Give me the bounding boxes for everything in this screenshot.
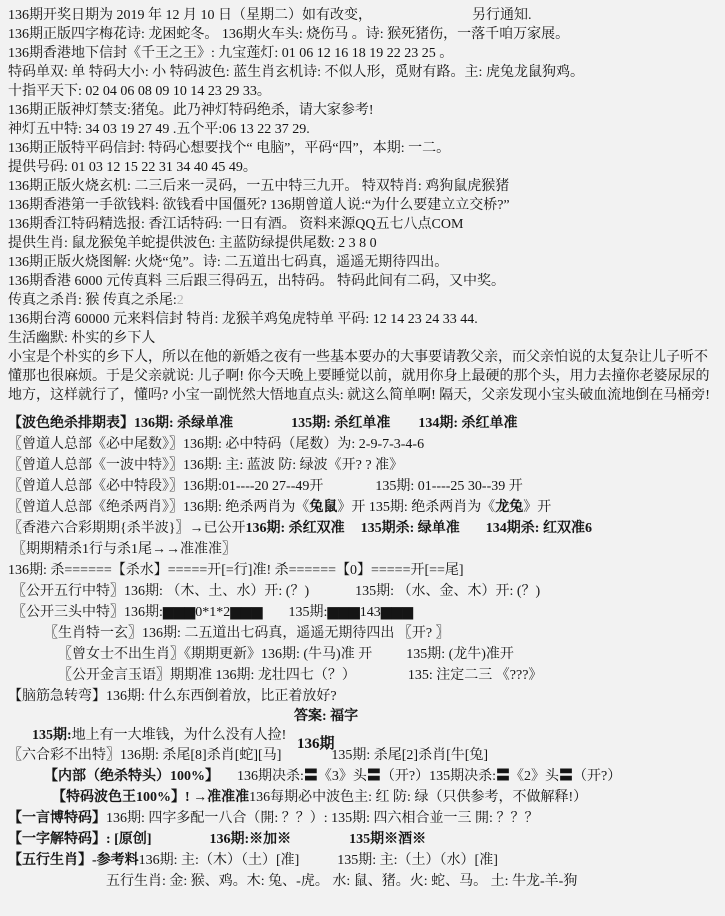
text-segment: 〖曾道人总部《一波中特》〗136期: 主: 蓝波 防: 绿波《开? ? 准》 (8, 455, 403, 476)
text-segment: 〖曾女士不出生肖〗《期期更新》136期: (牛马)准 开 (58, 644, 372, 665)
text-line-1: 136期开奖日期为 2019 年 12 月 10 日（星期二）如有改变，另行通知… (8, 6, 721, 25)
text-segment: 神灯五中特: 34 03 19 27 49 .五个平:06 13 22 37 2… (8, 120, 310, 139)
text-line-31: 〖曾女士不出生肖〗《期期更新》136期: (牛马)准 开135期: (龙牛)准开 (58, 644, 721, 665)
text-line-40: 【一字解特码】: [原创]136期:※加※135期※酒※ (8, 829, 721, 850)
text-segment: 〖曾道人总部《必中特段》〗136期:01----20 27--49开 (8, 476, 323, 497)
text-segment: 另行通知. (472, 6, 532, 25)
text-segment: ▆▆▆ (327, 602, 359, 623)
text-line-30: 〖生肖特一玄〗136期: 二五道出七码真，遥遥无期待四出 〖开? 〗 (44, 623, 721, 644)
text-segment: 136期香港 6000 元传真料 三后跟三得码五，出特码。 特码此间有二码，又中… (8, 272, 505, 291)
text-line-33: 【脑筋急转弯】136期: 什么东西倒着放，比正着放好? (8, 686, 721, 707)
text-line-3: 136期香港地下信封《千王之王》: 九宝莲灯: 01 06 12 16 18 1… (8, 44, 721, 63)
text-segment: 135期: 主:（土）（水）[准] (337, 850, 498, 871)
text-segment: 〖香港六合彩期期{杀半波}〗→已公开 (8, 518, 245, 539)
text-line-24: 〖曾道人总部《绝杀两肖》〗136期: 绝杀两肖为《 兔鼠 》开 135期: 绝杀… (8, 497, 721, 518)
text-line-2: 136期正版四字梅花诗: 龙困蛇冬。 136期火车头: 烧伤马 。诗: 猴死猪伤… (8, 25, 721, 44)
text-segment: 》开 (523, 497, 551, 518)
text-segment: 〖公开金言玉语〗期期准 136期: 龙壮四七（？） (58, 665, 356, 686)
text-line-21: 〖曾道人总部《必中尾数》〗136期: 必中特码（尾数）为: 2-9-7-3-4-… (8, 434, 721, 455)
text-segment: ▆▆▆ (381, 602, 413, 623)
text-line-28: 〖公开五行中特〗136期: （木、土、水）开: (？)135期: （水、金、木）… (12, 581, 721, 602)
text-segment: 136期正版火烧玄机: 二三后来一灵码，一五中特三九开。 特双特肖: 鸡狗鼠虎猴… (8, 177, 509, 196)
text-segment: 生活幽默: 朴实的乡下人 (8, 329, 155, 348)
text-segment: 〖公开三头中特〗136期: (12, 602, 163, 623)
text-line-42: 五行生肖: 金: 猴、鸡。木: 兔、-虎。 水: 鼠、猪。火: 蛇、马。 土: … (106, 871, 721, 892)
document-body: 136期开奖日期为 2019 年 12 月 10 日（星期二）如有改变，另行通知… (8, 6, 721, 892)
text-line-34: 答案: 福字 (294, 707, 721, 726)
text-segment: 136期正版火烧图解: 火烧“兔”。诗: 二五道出七码真，遥遥无期待四出。 (8, 253, 448, 272)
text-segment: 143 (360, 602, 381, 623)
text-line-19: 小宝是个朴实的乡下人，所以在他的新婚之夜有一些基本要办的大事要请教父亲，而父亲怕… (8, 348, 714, 405)
text-segment: 提供号码: 01 03 12 15 22 31 34 40 45 49。 (8, 158, 257, 177)
text-segment: 传真之杀肖: 猴 传真之杀尾: (8, 291, 177, 310)
text-segment: 〖期期精杀1行与杀1尾→→准准准〗 (12, 539, 236, 560)
text-segment: 〖公开五行中特〗136期: （木、土、水）开: (？) (12, 581, 309, 602)
text-segment: 〖生肖特一玄〗136期: 二五道出七码真，遥遥无期待四出 〖开? 〗 (44, 623, 450, 644)
text-segment: 兔鼠 (309, 497, 337, 518)
text-segment: 〓 (559, 766, 573, 787)
text-segment: 136每期必中波色主: 红 防: 绿（只供参考，不做解释!） (249, 787, 587, 808)
text-segment: 0*1*2 (195, 602, 230, 623)
text-segment: 136期:※加※ (210, 829, 292, 850)
text-line-32: 〖公开金言玉语〗期期准 136期: 龙壮四七（？）135: 注定二三 《???》 (58, 665, 721, 686)
text-line-14: 136期正版火烧图解: 火烧“兔”。诗: 二五道出七码真，遥遥无期待四出。 (8, 253, 721, 272)
text-segment: 2 (177, 291, 184, 310)
text-line-25: 〖香港六合彩期期{杀半波}〗→已公开136期: 杀红双准135期杀: 绿单准13… (8, 518, 721, 539)
text-segment: 〖曾道人总部《必中尾数》〗136期: 必中特码（尾数）为: 2-9-7-3-4-… (8, 434, 424, 455)
text-line-26: 〖期期精杀1行与杀1尾→→准准准〗 (12, 539, 721, 560)
text-segment: 135期: (32, 726, 72, 745)
text-segment: 【一言博特码】 (8, 808, 106, 829)
text-line-36: 〖六合彩不出特〗136期: 杀尾[8]杀肖[蛇][马]135期: 杀尾[2]杀肖… (8, 745, 721, 766)
text-line-37: 【内部（绝杀特头）100%】136期决杀: 〓《3》头〓（开?）135期决杀: … (44, 766, 721, 787)
text-segment: 〓 (304, 766, 318, 787)
text-line-5: 十指平天下: 02 04 06 08 09 10 14 23 29 33。 (8, 82, 721, 101)
text-segment: 《3》头 (318, 766, 367, 787)
text-line-20: 【波色绝杀排期表】136期: 杀绿单准135期: 杀红单准134期: 杀红单准 (8, 413, 721, 434)
text-segment: 134期: 杀红单准 (418, 413, 517, 434)
text-segment: 答案: 福字 (294, 707, 358, 726)
text-segment: 135期: (289, 602, 328, 623)
text-line-23: 〖曾道人总部《必中特段》〗136期:01----20 27--49开135期: … (8, 476, 721, 497)
text-segment: 【脑筋急转弯】136期: 什么东西倒着放，比正着放好? (8, 686, 337, 707)
lottery-tip-sheet: 136期开奖日期为 2019 年 12 月 10 日（星期二）如有改变，另行通知… (0, 0, 725, 916)
text-segment: 135期: (龙牛)准开 (406, 644, 514, 665)
text-segment: 提供生肖: 鼠龙猴兔羊蛇提供波色: 主蓝防绿提供尾数: 2 3 8 0 (8, 234, 377, 253)
text-line-4: 特码单双: 单 特码大小: 小 特码波色: 蓝生肖玄机诗: 不似人形，觅财有路。… (8, 63, 721, 82)
text-segment: 136期决杀: (237, 766, 304, 787)
text-segment: 〓 (496, 766, 510, 787)
text-segment: 136期开奖日期为 2019 年 12 月 10 日（星期二）如有改变， (8, 6, 372, 25)
text-line-8: 136期正版特平码信封: 特码心想要找个“ 电脑”，平码“四”，本期: 一二。 (8, 139, 721, 158)
text-line-13: 提供生肖: 鼠龙猴兔羊蛇提供波色: 主蓝防绿提供尾数: 2 3 8 0 (8, 234, 721, 253)
text-line-6: 136期正版神灯禁支:猪兔。此乃神灯特码绝杀，请大家参考! (8, 101, 721, 120)
text-line-16: 传真之杀肖: 猴 传真之杀尾: 2 (8, 291, 721, 310)
text-segment: 135期※酒※ (349, 829, 426, 850)
text-segment: 十指平天下: 02 04 06 08 09 10 14 23 29 33。 (8, 82, 271, 101)
text-line-12: 136期香江特码精选报: 香江话特码: 一日有酒。 资料来源QQ五七八点COM (8, 215, 721, 234)
text-segment: 〓 (367, 766, 381, 787)
text-segment: ▆▆▆ (163, 602, 195, 623)
text-segment: 龙兔 (495, 497, 523, 518)
text-line-39: 【一言博特码】136期: 四字多配一八合（開: ？？）: 135期: 四六相合並… (8, 808, 721, 829)
text-segment: 136期: 杀红双准 (245, 518, 344, 539)
text-line-22: 〖曾道人总部《一波中特》〗136期: 主: 蓝波 防: 绿波《开? ? 准》 (8, 455, 721, 476)
text-segment: 135期: （水、金、木）开: (？) (355, 581, 540, 602)
text-line-10: 136期正版火烧玄机: 二三后来一灵码，一五中特三九开。 特双特肖: 鸡狗鼠虎猴… (8, 177, 721, 196)
text-segment: 136期香港第一手欲钱料: 欲钱看中国僵死? 136期曾道人说:“为什么要建立立… (8, 196, 510, 215)
text-segment: 五行生肖: 金: 猴、鸡。木: 兔、-虎。 水: 鼠、猪。火: 蛇、马。 土: … (106, 871, 577, 892)
text-segment: 136期: 主:（木）（土）[准] (139, 850, 300, 871)
text-segment: 134期杀: 红双准6 (486, 518, 592, 539)
text-line-9: 提供号码: 01 03 12 15 22 31 34 40 45 49。 (8, 158, 721, 177)
text-segment: 136期正版特平码信封: 特码心想要找个“ 电脑”，平码“四”，本期: 一二。 (8, 139, 450, 158)
text-line-27: 136期: 杀======【杀水】=====开[=行]准! 杀======【0】… (8, 560, 721, 581)
text-segment: 〖曾道人总部《绝杀两肖》〗136期: 绝杀两肖为《 (8, 497, 309, 518)
text-line-29: 〖公开三头中特〗136期:▆▆▆0*1*2▆▆▆135期:▆▆▆143▆▆▆ (12, 602, 721, 623)
text-segment: 136期正版神灯禁支:猪兔。此乃神灯特码绝杀，请大家参考! (8, 101, 374, 120)
text-line-17: 136期台湾 60000 元来料信封 特肖: 龙猴羊鸡兔虎特单 平码: 12 1… (8, 310, 721, 329)
text-segment: 《2》头 (510, 766, 559, 787)
text-segment: 136期香江特码精选报: 香江话特码: 一日有酒。 资料来源QQ五七八点COM (8, 215, 463, 234)
text-segment: 135期: 01----25 30--39 开 (375, 476, 522, 497)
text-segment: （开?） (573, 766, 621, 787)
text-segment: 136期香港地下信封《千王之王》: 九宝莲灯: 01 06 12 16 18 1… (8, 44, 453, 63)
text-segment: 136期台湾 60000 元来料信封 特肖: 龙猴羊鸡兔虎特单 平码: 12 1… (8, 310, 478, 329)
text-line-7: 神灯五中特: 34 03 19 27 49 .五个平:06 13 22 37 2… (8, 120, 721, 139)
text-line-35: 135期: 地上有一大堆钱，为什么没有人捡! (32, 726, 721, 745)
text-segment: 【波色绝杀排期表】136期: 杀绿单准 (8, 413, 233, 434)
text-segment: 特码单双: 单 特码大小: 小 特码波色: 蓝生肖玄机诗: 不似人形，觅财有路。… (8, 63, 584, 82)
text-segment: 136期: 四字多配一八合（開: ？？）: 135期: 四六相合並一三 開: ？… (106, 808, 538, 829)
text-line-38: 【特码波色王100%】! →准准准136每期必中波色主: 红 防: 绿（只供参考… (52, 787, 721, 808)
text-line-41: 【五行生肖】-参考料136期: 主:（木）（土）[准]135期: 主:（土）（水… (8, 850, 721, 871)
text-line-15: 136期香港 6000 元传真料 三后跟三得码五，出特码。 特码此间有二码，又中… (8, 272, 721, 291)
text-line-11: 136期香港第一手欲钱料: 欲钱看中国僵死? 136期曾道人说:“为什么要建立立… (8, 196, 721, 215)
text-segment: 地上有一大堆钱，为什么没有人捡! (72, 726, 287, 745)
text-segment: 135期杀: 绿单准 (361, 518, 460, 539)
text-segment: 135: 注定二三 《???》 (408, 665, 543, 686)
text-segment: 135期: 杀尾[2]杀肖[牛[兔] (331, 745, 488, 766)
text-segment: 〖六合彩不出特〗136期: 杀尾[8]杀肖[蛇][马] (8, 745, 281, 766)
text-segment: 135期: 杀红单准 (291, 413, 390, 434)
text-segment: 136期: 杀======【杀水】=====开[=行]准! 杀======【0】… (8, 560, 464, 581)
text-segment: 【内部（绝杀特头）100%】 (44, 766, 219, 787)
overlapping-period-label: 136期 (297, 737, 335, 752)
text-segment: 【特码波色王100%】! →准准准 (52, 787, 249, 808)
text-segment: 》开 135期: 绝杀两肖为《 (337, 497, 495, 518)
text-segment: 【五行生肖】-参考料 (8, 850, 139, 871)
text-segment: 【一字解特码】: [原创] (8, 829, 152, 850)
text-segment: 小宝是个朴实的乡下人，所以在他的新婚之夜有一些基本要办的大事要请教父亲，而父亲怕… (8, 348, 714, 405)
text-segment: （开?）135期决杀: (381, 766, 496, 787)
text-segment: ▆▆▆ (230, 602, 262, 623)
text-line-18: 生活幽默: 朴实的乡下人 (8, 329, 721, 348)
text-segment: 136期正版四字梅花诗: 龙困蛇冬。 136期火车头: 烧伤马 。诗: 猴死猪伤… (8, 25, 569, 44)
